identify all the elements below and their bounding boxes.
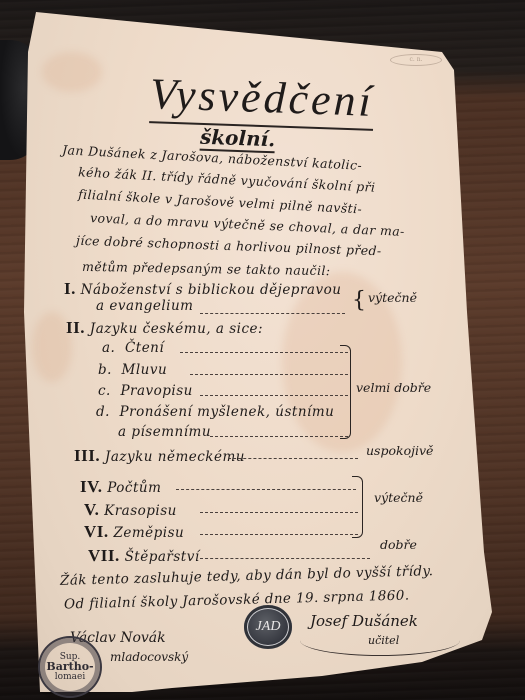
- subject-6: VI. Zeměpisu: [84, 522, 184, 542]
- subject-1-cont: a evangelium: [96, 298, 193, 314]
- dotted-leader: [200, 395, 348, 396]
- dotted-leader: [200, 558, 370, 559]
- subject-2: II. Jazyku českému, a sice:: [66, 318, 263, 338]
- subject-7: VII. Štěpařství: [88, 546, 200, 566]
- grade-czech-group: velmi dobře: [356, 380, 431, 395]
- grade-subject-3: uspokojivě: [366, 443, 433, 458]
- dotted-leader: [190, 374, 348, 375]
- document-title: Vysvědčení: [149, 68, 375, 131]
- subject-2c: c. Pravopisu: [98, 383, 193, 399]
- grade-subject-7: dobře: [380, 537, 417, 552]
- dotted-leader: [210, 436, 348, 437]
- subject-2a: a. Čtení: [102, 340, 164, 356]
- brace-mark: {: [352, 288, 366, 313]
- paper-stain: [42, 52, 102, 92]
- bracket-czech-group: [340, 345, 351, 439]
- dotted-leader: [228, 458, 358, 459]
- subject-5: V. Krasopisu: [84, 500, 177, 520]
- seal-monogram: JAD: [256, 619, 281, 635]
- dotted-leader: [200, 534, 358, 535]
- subject-4: IV. Počtům: [80, 477, 161, 497]
- subject-2b: b. Mluvu: [98, 362, 167, 378]
- subject-2d-cont: a písemnímu: [118, 424, 211, 440]
- dotted-leader: [176, 489, 356, 490]
- parish-stamp: Sup. Bartho- lomaei: [38, 636, 102, 698]
- wax-seal: JAD: [244, 605, 292, 649]
- dotted-leader: [200, 313, 345, 314]
- signature-left-title: mladocovský: [110, 650, 188, 664]
- bracket-iv-vi-group: [352, 476, 363, 538]
- dotted-leader: [200, 512, 358, 513]
- subject-2d: d. Pronášení myšlenek, ústnímu: [96, 404, 334, 420]
- subject-1: I. Náboženství s biblickou dějepravou: [64, 279, 341, 299]
- subject-3: III. Jazyku německému: [74, 446, 245, 466]
- grade-iv-vi-group: výtečně: [374, 490, 423, 505]
- signature-flourish: [300, 625, 460, 656]
- grade-subject-1: výtečně: [368, 290, 417, 305]
- dotted-leader: [180, 352, 348, 353]
- corner-mark: c. n.: [390, 54, 442, 66]
